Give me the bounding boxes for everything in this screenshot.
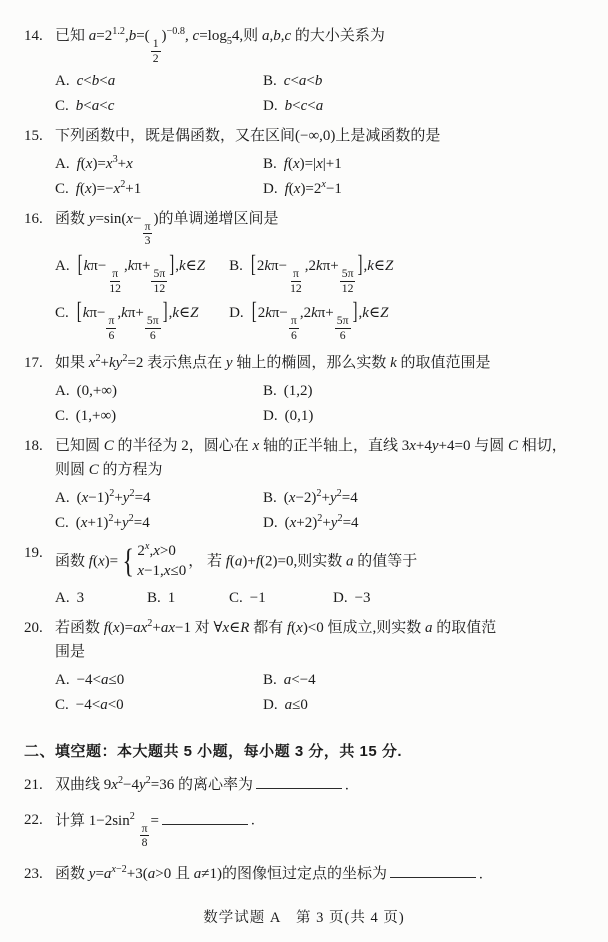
option-label: C.: [55, 697, 69, 713]
question-18: 18. 已知圆 C 的半径为 2，圆心在 x 轴的正半轴上，直线 3x+4y+4…: [24, 435, 592, 532]
question-21-stem: 双曲线 9x2−4y2=36 的离心率为.: [55, 774, 592, 797]
option-text: c<a<b: [284, 73, 323, 89]
question-20: 20. 若函数 f(x)=ax2+ax−1 对 ∀x∈R 都有 f(x)<0 恒…: [24, 617, 592, 714]
question-18-option-c: C.(x+1)2+y2=4: [55, 515, 263, 532]
question-19-options: A.3 B.1 C.−1 D.−3: [24, 590, 592, 607]
question-14-stem: 已知 a=21.2,b=(12)−0.8, c=log54,则 a,b,c 的大…: [55, 25, 592, 65]
section-2-header: 二、填空题：本大题共 5 小题，每小题 3 分，共 15 分.: [24, 740, 592, 761]
answer-blank: [162, 809, 248, 824]
question-14-number: 14.: [24, 25, 55, 48]
question-14-options: A.c<b<a B.c<a<b C.b<a<c D.b<c<a: [24, 73, 592, 115]
question-20-option-c: C.−4<a<0: [55, 697, 263, 714]
option-label: A.: [55, 258, 70, 274]
option-label: A.: [55, 383, 70, 399]
question-23: 23. 函数 y=ax−2+3(a>0 且 a≠1)的图像恒过定点的坐标为.: [24, 863, 592, 886]
question-15-option-b: B.f(x)=|x|+1: [263, 156, 592, 173]
question-16-option-b: B.[2kπ−π12,2kπ+5π12],k∈Z: [229, 256, 592, 295]
question-19-number: 19.: [24, 542, 55, 565]
option-label: B.: [263, 73, 277, 89]
question-15-option-d: D.f(x)=2x−1: [263, 181, 592, 198]
option-label: C.: [55, 181, 69, 197]
question-19-option-c: C.−1: [229, 590, 333, 607]
question-21-number: 21.: [24, 774, 55, 797]
question-17-option-b: B.(1,2): [263, 383, 592, 400]
question-20-stem-line2: 围是: [24, 641, 592, 664]
option-label: C.: [55, 98, 69, 114]
question-14-option-d: D.b<c<a: [263, 98, 592, 115]
option-label: B.: [229, 258, 243, 274]
option-text: (x−2)2+y2=4: [284, 490, 358, 506]
option-label: D.: [263, 98, 278, 114]
question-22-stem: 计算 1−2sin2 π8=.: [55, 809, 592, 849]
question-17: 17. 如果 x2+ky2=2 表示焦点在 y 轴上的椭圆，那么实数 k 的取值…: [24, 352, 592, 425]
question-14-option-c: C.b<a<c: [55, 98, 263, 115]
question-20-option-a: A.−4<a≤0: [55, 672, 263, 689]
question-15: 15. 下列函数中，既是偶函数，又在区间(−∞,0)上是减函数的是 A.f(x)…: [24, 125, 592, 198]
question-22: 22. 计算 1−2sin2 π8=.: [24, 809, 592, 849]
question-17-number: 17.: [24, 352, 55, 375]
option-label: D.: [333, 590, 348, 606]
option-text: a<−4: [284, 672, 316, 688]
question-15-number: 15.: [24, 125, 55, 148]
option-text: (x−1)2+y2=4: [77, 490, 151, 506]
question-19-option-b: B.1: [147, 590, 229, 607]
question-22-tail: .: [251, 813, 255, 829]
option-text: −3: [355, 590, 371, 606]
option-label: D.: [263, 408, 278, 424]
option-text: f(x)=x3+x: [77, 156, 133, 172]
option-text: (0,1): [285, 408, 314, 424]
option-text: (x+2)2+y2=4: [285, 515, 359, 531]
question-14-option-a: A.c<b<a: [55, 73, 263, 90]
question-21: 21. 双曲线 9x2−4y2=36 的离心率为.: [24, 774, 592, 797]
option-text: [kπ−π6,kπ+5π6],k∈Z: [76, 305, 199, 321]
question-23-stem: 函数 y=ax−2+3(a>0 且 a≠1)的图像恒过定点的坐标为.: [55, 863, 592, 886]
question-18-options: A.(x−1)2+y2=4 B.(x−2)2+y2=4 C.(x+1)2+y2=…: [24, 490, 592, 532]
option-label: A.: [55, 672, 70, 688]
question-18-option-a: A.(x−1)2+y2=4: [55, 490, 263, 507]
option-text: 3: [77, 590, 85, 606]
question-20-options: A.−4<a≤0 B.a<−4 C.−4<a<0 D.a≤0: [24, 672, 592, 714]
question-18-option-d: D.(x+2)2+y2=4: [263, 515, 592, 532]
option-label: B.: [263, 490, 277, 506]
option-label: A.: [55, 156, 70, 172]
question-22-text: 计算 1−2sin2 π8=: [55, 813, 159, 829]
question-16-options: A.[kπ−π12,kπ+5π12],k∈Z B.[2kπ−π12,2kπ+5π…: [24, 256, 592, 342]
option-label: B.: [263, 672, 277, 688]
option-label: B.: [263, 156, 277, 172]
option-text: (x+1)2+y2=4: [76, 515, 150, 531]
option-text: −4<a<0: [76, 697, 124, 713]
question-15-options: A.f(x)=x3+x B.f(x)=|x|+1 C.f(x)=−x2+1 D.…: [24, 156, 592, 198]
question-23-text: 函数 y=ax−2+3(a>0 且 a≠1)的图像恒过定点的坐标为: [55, 866, 387, 882]
option-label: D.: [229, 305, 244, 321]
question-20-number: 20.: [24, 617, 55, 640]
question-21-tail: .: [345, 777, 349, 793]
question-20-option-b: B.a<−4: [263, 672, 592, 689]
option-text: (0,+∞): [77, 383, 117, 399]
option-label: C.: [55, 408, 69, 424]
option-text: c<b<a: [77, 73, 116, 89]
option-label: D.: [263, 697, 278, 713]
question-16-number: 16.: [24, 208, 55, 231]
question-18-stem-line2: 则圆 C 的方程为: [24, 459, 592, 482]
exam-page: 14. 已知 a=21.2,b=(12)−0.8, c=log54,则 a,b,…: [0, 0, 608, 886]
question-20-stem: 若函数 f(x)=ax2+ax−1 对 ∀x∈R 都有 f(x)<0 恒成立,则…: [55, 617, 592, 640]
option-label: B.: [147, 590, 161, 606]
option-text: b<a<c: [76, 98, 115, 114]
question-16: 16. 函数 y=sin(x−π3)的单调递增区间是 A.[kπ−π12,kπ+…: [24, 208, 592, 342]
option-label: D.: [263, 515, 278, 531]
option-text: b<c<a: [285, 98, 324, 114]
option-label: A.: [55, 590, 70, 606]
question-22-number: 22.: [24, 809, 55, 832]
question-18-option-b: B.(x−2)2+y2=4: [263, 490, 592, 507]
question-17-option-d: D.(0,1): [263, 408, 592, 425]
option-text: f(x)=|x|+1: [284, 156, 342, 172]
question-17-stem: 如果 x2+ky2=2 表示焦点在 y 轴上的椭圆，那么实数 k 的取值范围是: [55, 352, 592, 375]
option-text: f(x)=−x2+1: [76, 181, 142, 197]
question-15-stem: 下列函数中，既是偶函数，又在区间(−∞,0)上是减函数的是: [55, 125, 592, 148]
question-23-tail: .: [479, 866, 483, 882]
option-text: 1: [168, 590, 176, 606]
option-text: −4<a≤0: [77, 672, 125, 688]
question-17-option-a: A.(0,+∞): [55, 383, 263, 400]
question-20-option-d: D.a≤0: [263, 697, 592, 714]
option-label: B.: [263, 383, 277, 399]
question-19-option-a: A.3: [55, 590, 147, 607]
question-16-option-c: C.[kπ−π6,kπ+5π6],k∈Z: [55, 303, 205, 342]
option-text: (1,+∞): [76, 408, 116, 424]
question-23-number: 23.: [24, 863, 55, 886]
option-text: [kπ−π12,kπ+5π12],k∈Z: [77, 258, 206, 274]
question-16-option-d: D.[2kπ−π6,2kπ+5π6],k∈Z: [229, 303, 592, 342]
option-text: (1,2): [284, 383, 313, 399]
page-footer: 数学试题 A 第 3 页(共 4 页): [0, 906, 608, 927]
answer-blank: [256, 774, 342, 789]
question-19-option-d: D.−3: [333, 590, 592, 607]
answer-blank: [390, 863, 476, 878]
question-19: 19. 函数 f(x)={2x,x>0x−1,x≤0， 若 f(a)+f(2)=…: [24, 542, 592, 607]
question-14-option-b: B.c<a<b: [263, 73, 592, 90]
question-15-option-c: C.f(x)=−x2+1: [55, 181, 263, 198]
option-label: C.: [229, 590, 243, 606]
option-label: C.: [55, 305, 69, 321]
option-label: A.: [55, 490, 70, 506]
question-17-option-c: C.(1,+∞): [55, 408, 263, 425]
option-text: [2kπ−π12,2kπ+5π12],k∈Z: [250, 258, 394, 274]
option-label: A.: [55, 73, 70, 89]
question-17-options: A.(0,+∞) B.(1,2) C.(1,+∞) D.(0,1): [24, 383, 592, 425]
question-16-option-a: A.[kπ−π12,kπ+5π12],k∈Z: [55, 256, 205, 295]
question-16-stem: 函数 y=sin(x−π3)的单调递增区间是: [55, 208, 592, 248]
question-19-stem: 函数 f(x)={2x,x>0x−1,x≤0， 若 f(a)+f(2)=0,则实…: [55, 542, 592, 582]
question-14: 14. 已知 a=21.2,b=(12)−0.8, c=log54,则 a,b,…: [24, 25, 592, 115]
option-text: f(x)=2x−1: [285, 181, 342, 197]
option-label: D.: [263, 181, 278, 197]
option-text: a≤0: [285, 697, 308, 713]
question-21-text: 双曲线 9x2−4y2=36 的离心率为: [55, 777, 253, 793]
question-18-number: 18.: [24, 435, 55, 458]
option-text: −1: [250, 590, 266, 606]
question-18-stem: 已知圆 C 的半径为 2，圆心在 x 轴的正半轴上，直线 3x+4y+4=0 与…: [55, 435, 592, 458]
option-label: C.: [55, 515, 69, 531]
question-15-option-a: A.f(x)=x3+x: [55, 156, 263, 173]
option-text: [2kπ−π6,2kπ+5π6],k∈Z: [251, 305, 389, 321]
